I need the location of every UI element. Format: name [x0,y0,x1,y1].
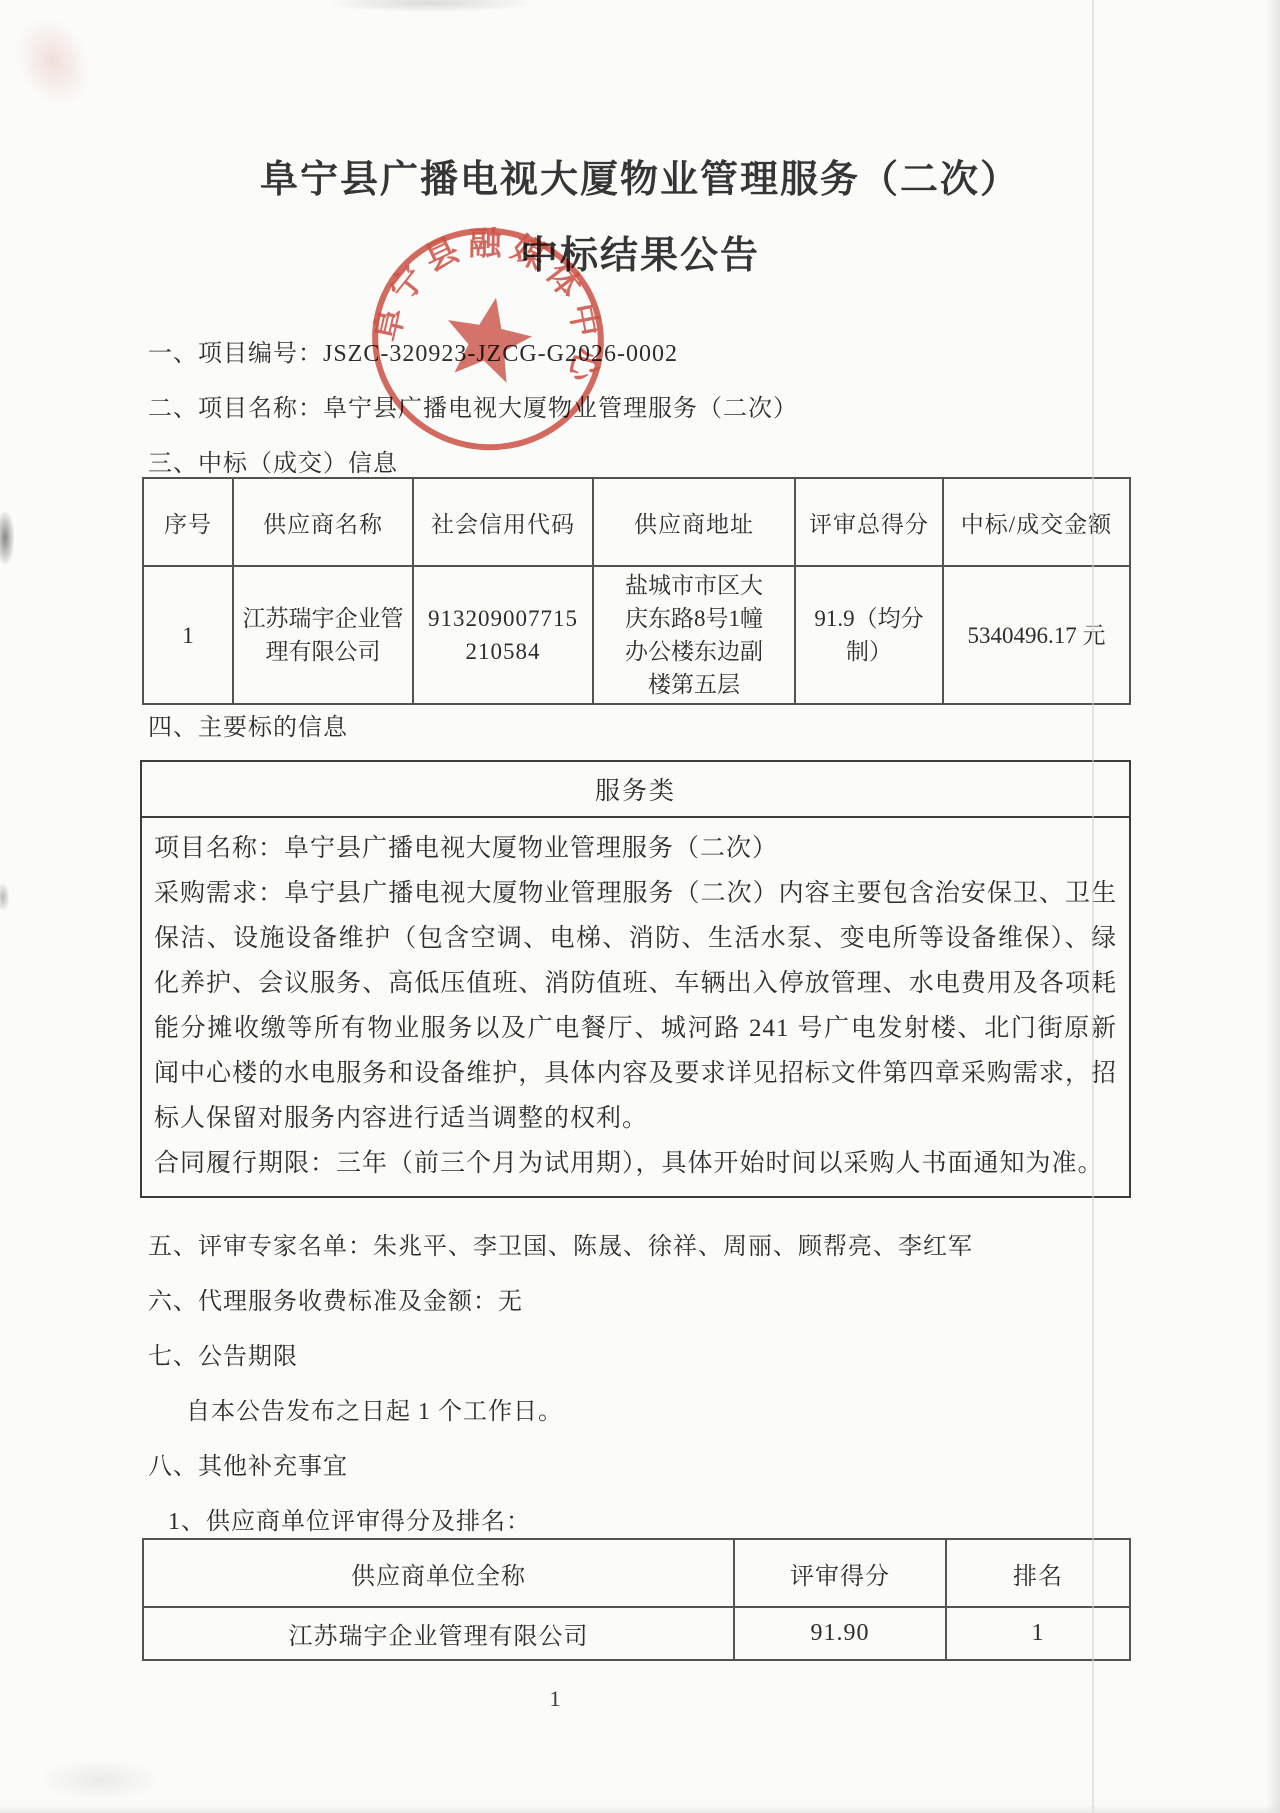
cell-score: 91.9（均分制） [795,566,943,704]
award-table-header-row: 序号 供应商名称 社会信用代码 供应商地址 评审总得分 中标/成交金额 [143,478,1130,566]
section-notice-period-heading: 七、公告期限 [148,1336,298,1371]
column-header-supplier: 供应商名称 [233,478,413,566]
document-title: 阜宁县广播电视大厦物业管理服务（二次） [0,148,1280,203]
subject-contract-period: 合同履行期限：三年（前三个月为试用期），具体开始时间以采购人书面通知为准。 [154,1141,1117,1186]
subject-info-table: 服务类 项目名称：阜宁县广播电视大厦物业管理服务（二次） 采购需求：阜宁县广播电… [140,760,1131,1198]
column-header-amount: 中标/成交金额 [943,478,1130,566]
cell-address: 盐城市市区大庆东路8号1幢办公楼东边副楼第五层 [593,566,795,704]
section-expert-list: 五、评审专家名单：朱兆平、李卫国、陈晟、徐祥、周丽、顾帮亮、李红军 [148,1226,973,1261]
scan-smudge [40,1760,160,1800]
section-project-number: 一、项目编号：JSZC-320923-JZCG-G2026-0002 [148,333,678,368]
section-other-matters-heading: 八、其他补充事宜 [148,1446,348,1481]
subject-procurement-requirement: 采购需求：阜宁县广播电视大厦物业管理服务（二次）内容主要包含治安保卫、卫生保洁、… [154,871,1117,1141]
scan-smudge [0,512,14,564]
section-project-name: 二、项目名称：阜宁县广播电视大厦物业管理服务（二次） [148,388,798,423]
cell-no: 1 [143,566,233,704]
column-header-credit-code: 社会信用代码 [413,478,593,566]
notice-period-detail: 自本公告发布之日起 1 个工作日。 [186,1391,563,1426]
cell-supplier-fullname: 江苏瑞宇企业管理有限公司 [143,1607,734,1660]
section-subject-info-heading: 四、主要标的信息 [148,707,348,742]
scan-smudge [1,4,105,120]
cell-review-score: 91.90 [734,1607,946,1660]
score-ranking-table: 供应商单位全称 评审得分 排名 江苏瑞宇企业管理有限公司 91.90 1 [142,1538,1131,1661]
section-award-info-heading: 三、中标（成交）信息 [148,443,398,478]
column-header-rank: 排名 [946,1539,1130,1607]
scan-smudge [0,884,9,910]
subject-project-name: 项目名称：阜宁县广播电视大厦物业管理服务（二次） [154,826,1117,871]
subject-table-body-row: 项目名称：阜宁县广播电视大厦物业管理服务（二次） 采购需求：阜宁县广播电视大厦物… [141,817,1130,1197]
column-header-no: 序号 [143,478,233,566]
column-header-review-score: 评审得分 [734,1539,946,1607]
award-table-row: 1 江苏瑞宇企业管理有限公司 913209007715210584 盐城市市区大… [143,566,1130,704]
cell-supplier: 江苏瑞宇企业管理有限公司 [233,566,413,704]
section-agency-fee: 六、代理服务收费标准及金额：无 [148,1281,523,1316]
score-ranking-subheading: 1、供应商单位评审得分及排名： [168,1501,531,1536]
cell-credit-code: 913209007715210584 [413,566,593,704]
scan-smudge [330,0,530,12]
subject-table-header-row: 服务类 [141,761,1130,817]
scan-edge-shadow [0,1805,1280,1813]
document-subtitle: 中标结果公告 [0,224,1280,279]
cell-amount: 5340496.17 元 [943,566,1130,704]
award-info-table: 序号 供应商名称 社会信用代码 供应商地址 评审总得分 中标/成交金额 1 江苏… [142,477,1131,705]
score-table-row: 江苏瑞宇企业管理有限公司 91.90 1 [143,1607,1130,1660]
scanned-document-page: 阜宁县广播电视大厦物业管理服务（二次） 中标结果公告 一、项目编号：JSZC-3… [0,0,1280,1813]
subject-table-body-cell: 项目名称：阜宁县广播电视大厦物业管理服务（二次） 采购需求：阜宁县广播电视大厦物… [141,817,1130,1197]
column-header-supplier-fullname: 供应商单位全称 [143,1539,734,1607]
column-header-address: 供应商地址 [593,478,795,566]
column-header-score: 评审总得分 [795,478,943,566]
score-table-header-row: 供应商单位全称 评审得分 排名 [143,1539,1130,1607]
subject-table-category-header: 服务类 [141,761,1130,817]
cell-rank: 1 [946,1607,1130,1660]
page-number: 1 [0,1686,1110,1712]
